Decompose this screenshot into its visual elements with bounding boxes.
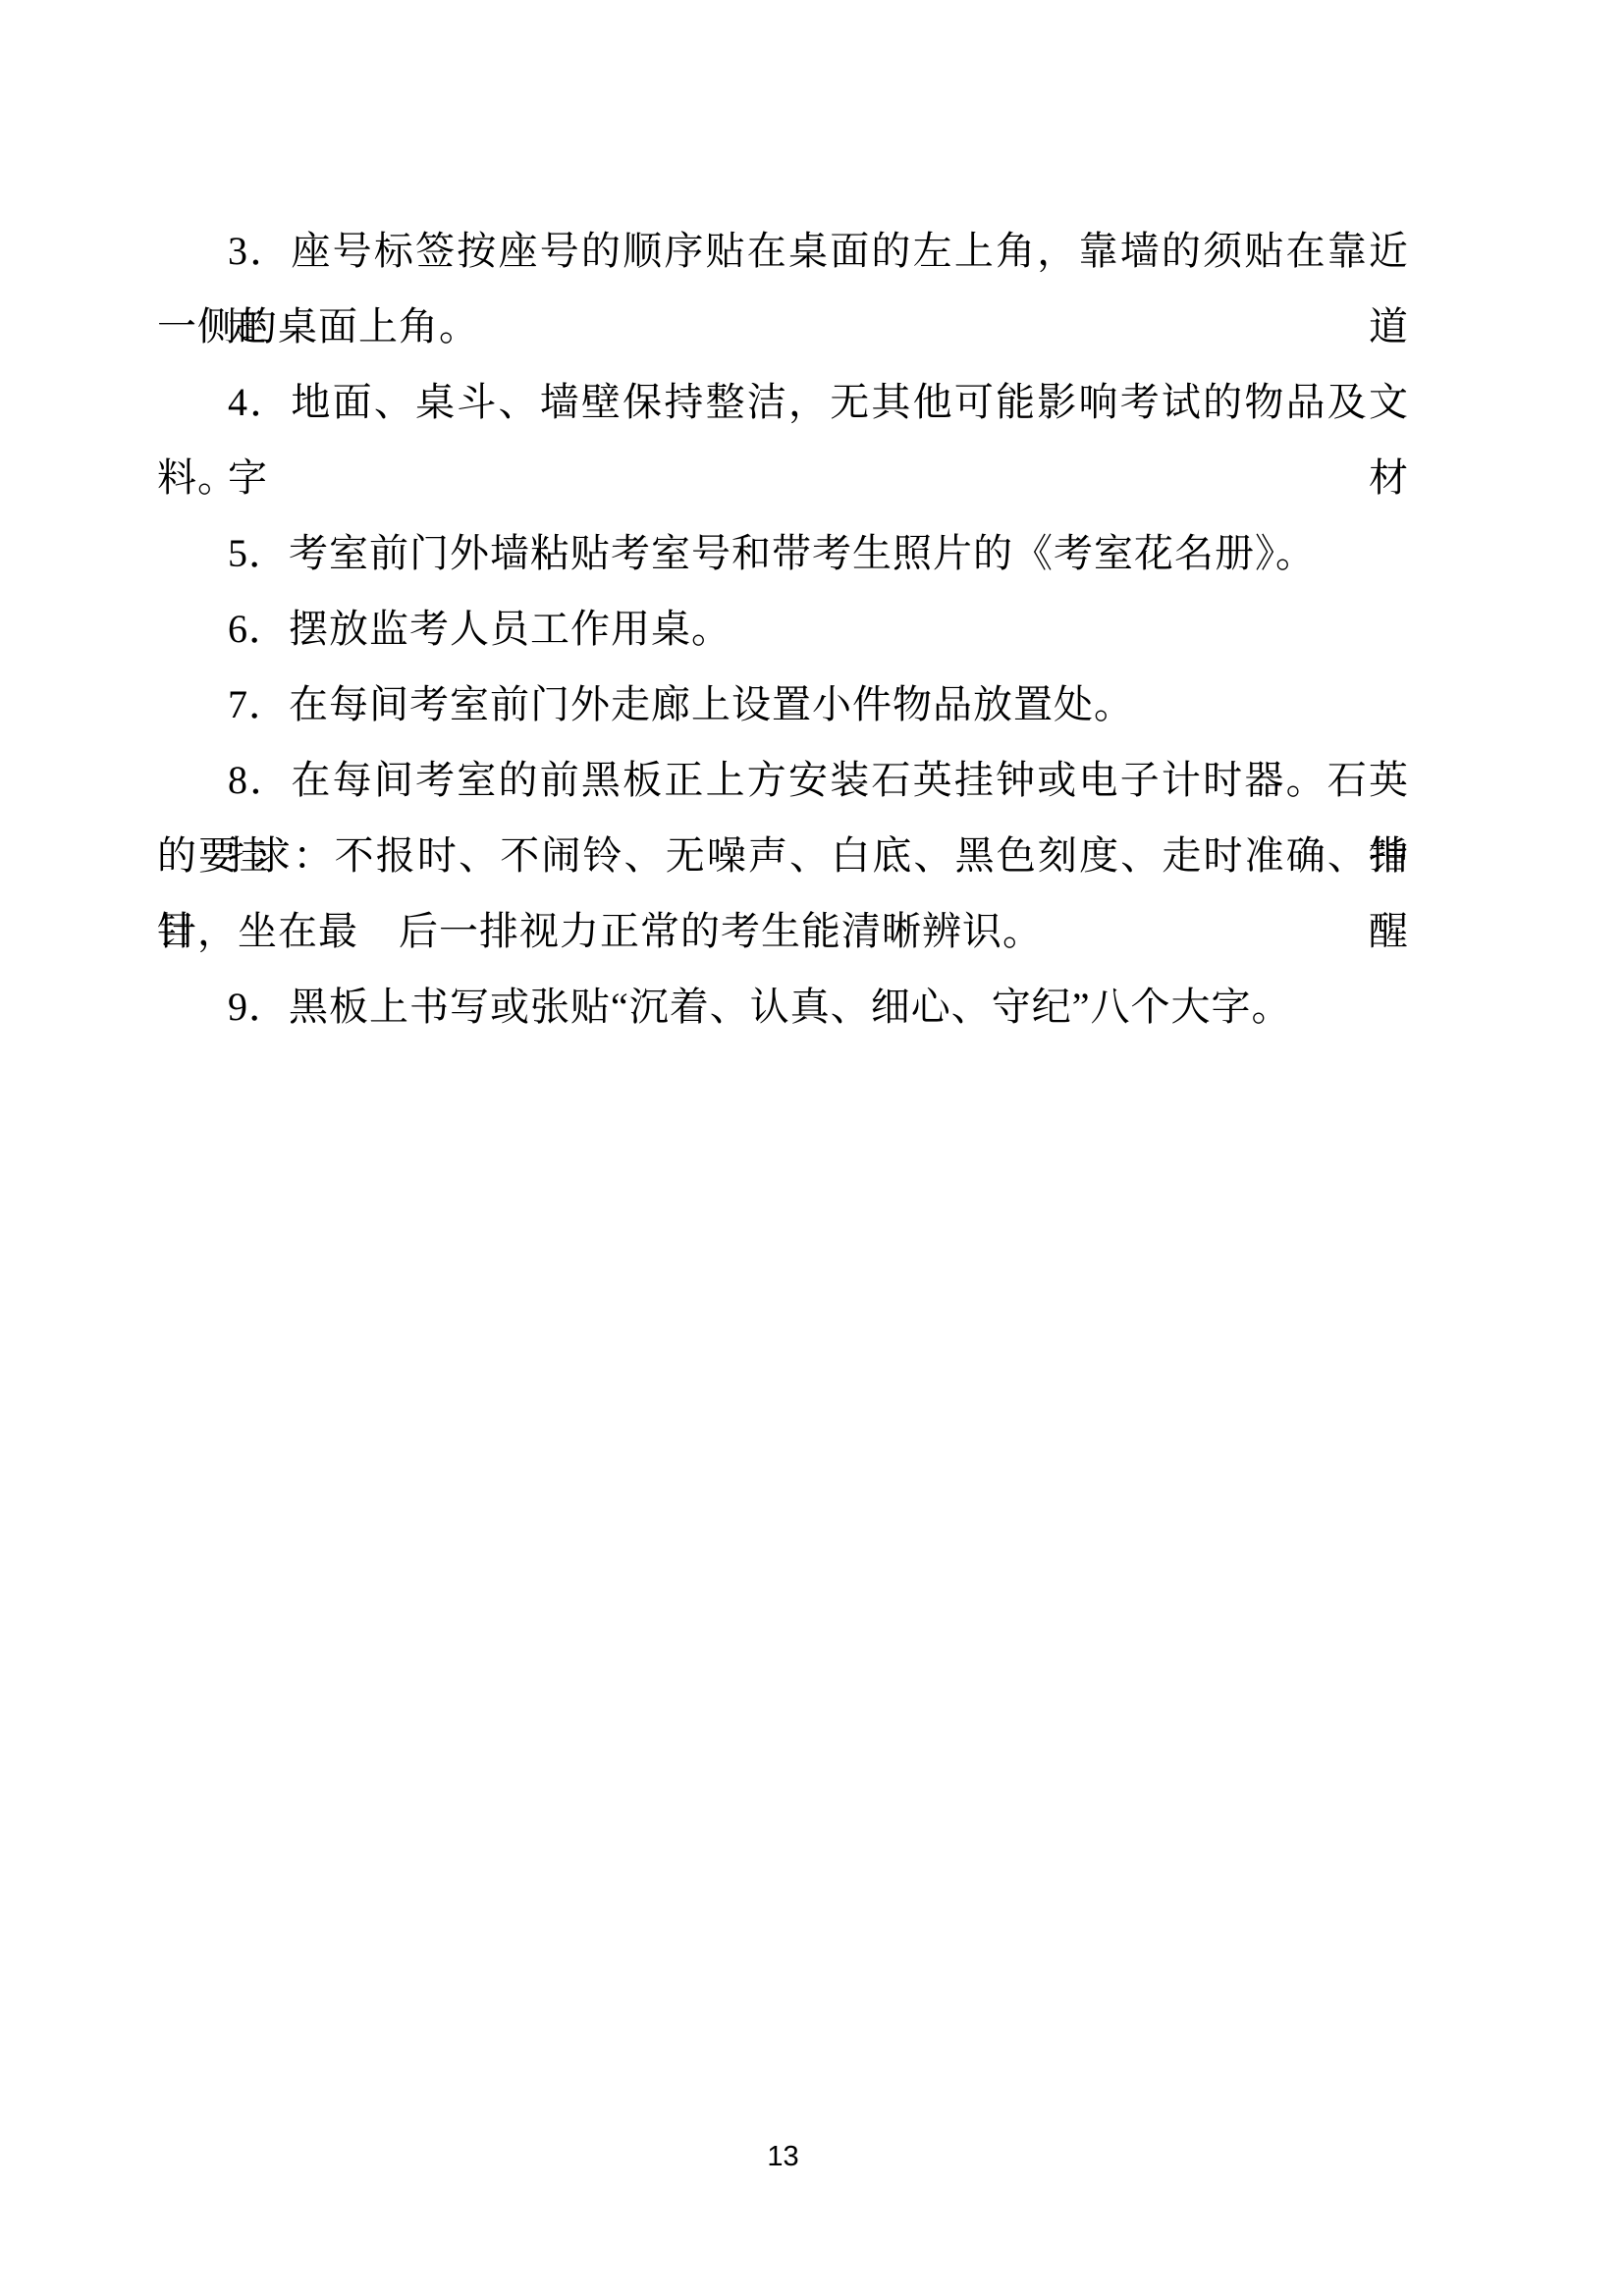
document-line: 3．座号标签按座号的顺序贴在桌面的左上角，靠墙的须贴在靠近走道 [157, 213, 1409, 289]
document-line: 6．摆放监考人员工作用桌。 [157, 591, 1409, 667]
document-line: 的要 求：不报时、不闹铃、无噪声、白底、黑色刻度、走时准确、指针醒 [157, 818, 1409, 893]
document-line: 7．在每间考室前门外走廊上设置小件物品放置处。 [157, 667, 1409, 742]
text-body: 3．座号标签按座号的顺序贴在桌面的左上角，靠墙的须贴在靠近走道一侧的桌面上角。4… [157, 213, 1409, 1044]
paragraph-item-6: 6．摆放监考人员工作用桌。 [157, 591, 1409, 667]
document-line: 5．考室前门外墙粘贴考室号和带考生照片的《考室花名册》。 [157, 515, 1409, 591]
document-line: 8．在每间考室的前黑板正上方安装石英挂钟或电子计时器。石英挂钟 [157, 742, 1409, 818]
paragraph-item-7: 7．在每间考室前门外走廊上设置小件物品放置处。 [157, 667, 1409, 742]
paragraph-item-4: 4．地面、桌斗、墙壁保持整洁，无其他可能影响考试的物品及文字材料。 [157, 364, 1409, 515]
paragraph-item-3: 3．座号标签按座号的顺序贴在桌面的左上角，靠墙的须贴在靠近走道一侧的桌面上角。 [157, 213, 1409, 364]
document-line: 9．黑板上书写或张贴“沉着、认真、细心、守纪”八个大字。 [157, 969, 1409, 1044]
paragraph-item-5: 5．考室前门外墙粘贴考室号和带考生照片的《考室花名册》。 [157, 515, 1409, 591]
paragraph-item-9: 9．黑板上书写或张贴“沉着、认真、细心、守纪”八个大字。 [157, 969, 1409, 1044]
paragraph-item-8: 8．在每间考室的前黑板正上方安装石英挂钟或电子计时器。石英挂钟的要 求：不报时、… [157, 742, 1409, 969]
page-number: 13 [157, 2140, 1409, 2173]
document-page: 3．座号标签按座号的顺序贴在桌面的左上角，靠墙的须贴在靠近走道一侧的桌面上角。4… [0, 0, 1624, 2296]
document-line: 4．地面、桌斗、墙壁保持整洁，无其他可能影响考试的物品及文字材 [157, 364, 1409, 440]
